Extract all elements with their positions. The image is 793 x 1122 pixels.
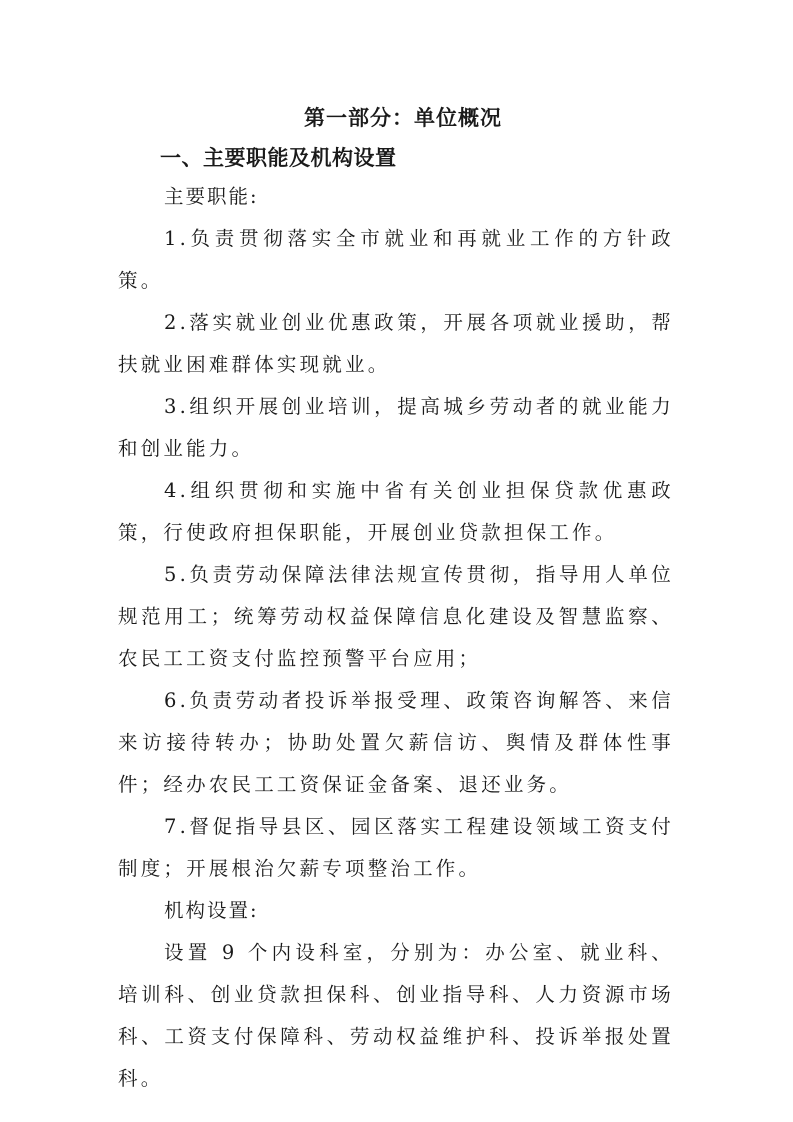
function-item-4: 4.组织贯彻和实施中省有关创业担保贷款优惠政策，行使政府担保职能，开展创业贷款担… [118, 470, 674, 554]
function-item-7: 7.督促指导县区、园区落实工程建设领域工资支付制度；开展根治欠薪专项整治工作。 [118, 806, 674, 890]
function-item-3: 3.组织开展创业培训，提高城乡劳动者的就业能力和创业能力。 [118, 386, 674, 470]
function-item-1: 1.负责贯彻落实全市就业和再就业工作的方针政策。 [118, 218, 674, 302]
document-page: 第一部分：单位概况 一、主要职能及机构设置 主要职能: 1.负责贯彻落实全市就业… [118, 104, 674, 1100]
org-description: 设置 9 个内设科室，分别为：办公室、就业科、培训科、创业贷款担保科、创业指导科… [118, 932, 674, 1100]
function-item-6: 6.负责劳动者投诉举报受理、政策咨询解答、来信来访接待转办；协助处置欠薪信访、舆… [118, 680, 674, 806]
org-label: 机构设置: [118, 890, 674, 932]
function-item-5: 5.负责劳动保障法律法规宣传贯彻，指导用人单位规范用工；统筹劳动权益保障信息化建… [118, 554, 674, 680]
page-title: 第一部分：单位概况 [118, 104, 674, 132]
function-item-2: 2.落实就业创业优惠政策，开展各项就业援助，帮扶就业困难群体实现就业。 [118, 302, 674, 386]
functions-label: 主要职能: [118, 176, 674, 218]
section-heading: 一、主要职能及机构设置 [118, 144, 674, 172]
